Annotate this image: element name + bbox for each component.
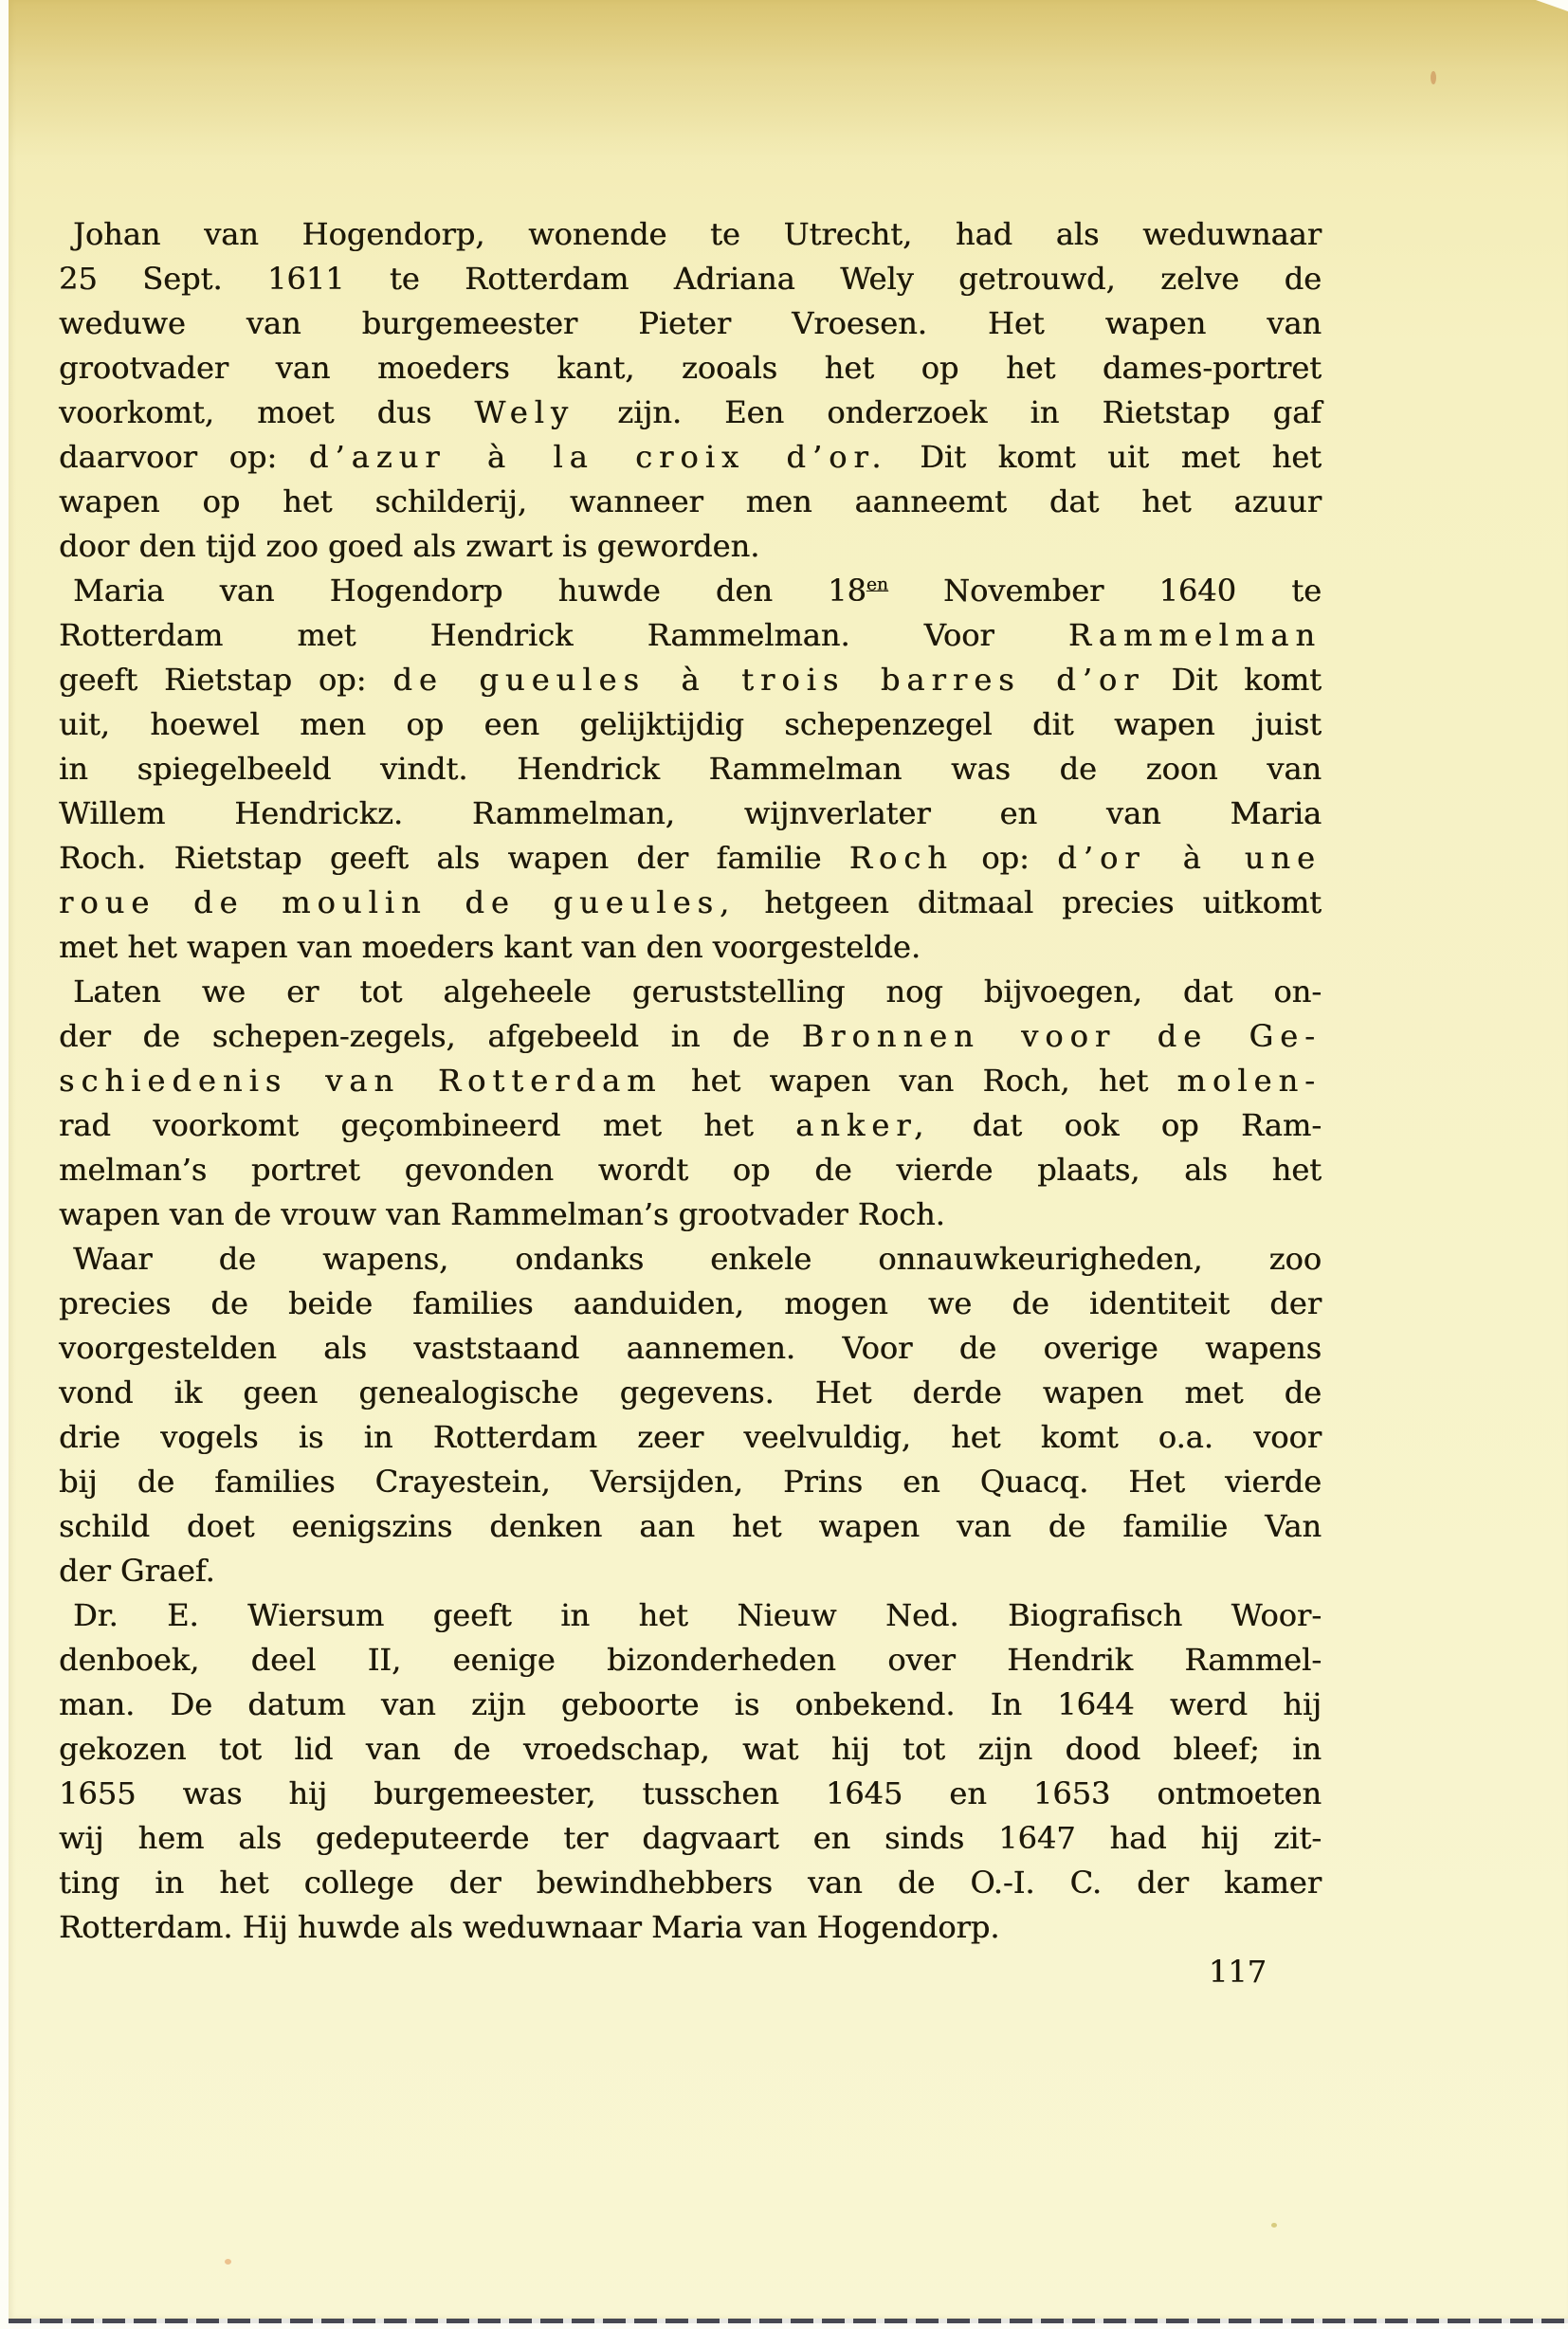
stain-speck xyxy=(1431,71,1436,84)
text-line: Roch. Rietstap geeft als wapen der famil… xyxy=(59,836,1322,881)
text-segment: November 1640 te xyxy=(888,573,1322,609)
paragraph: Maria van Hogendorp huwde den 18en Novem… xyxy=(59,569,1322,970)
text-line: bij de families Crayestein, Versijden, P… xyxy=(59,1460,1322,1504)
text-segment: bij de families Crayestein, Versijden, P… xyxy=(59,1464,1322,1500)
letterspaced-text: d’or à une xyxy=(1057,840,1322,876)
text-line: roue de moulin de gueules, hetgeen ditma… xyxy=(59,881,1322,925)
text-line: daarvoor op: d’azur à la croix d’or. Dit… xyxy=(59,435,1322,480)
text-segment: melman’s portret gevonden wordt op de vi… xyxy=(59,1152,1322,1188)
paragraph: Laten we er tot algeheele geruststelling… xyxy=(59,970,1322,1237)
text-segment: in spiegelbeeld vindt. Hendrick Rammelma… xyxy=(59,751,1322,787)
paragraph: Dr. E. Wiersum geeft in het Nieuw Ned. B… xyxy=(59,1593,1322,1950)
letterspaced-text: anker, xyxy=(795,1107,930,1143)
text-line: ting in het college der bewindhebbers va… xyxy=(59,1861,1322,1905)
text-segment: Willem Hendrickz. Rammelman, wijnverlate… xyxy=(59,795,1322,831)
text-segment: wij hem als gedeputeerde ter dagvaart en… xyxy=(59,1820,1322,1856)
text-segment: Dit komt uit met het xyxy=(887,439,1322,475)
text-segment: Roch. Rietstap geeft als wapen der famil… xyxy=(59,840,849,876)
page-corner-cut xyxy=(1536,0,1568,11)
text-line: schiedenis van Rotterdam het wapen van R… xyxy=(59,1059,1322,1103)
page-number: 117 xyxy=(59,1950,1322,1994)
text-segment: grootvader van moeders kant, zooals het … xyxy=(59,350,1322,386)
text-line: Johan van Hogendorp, wonende te Utrecht,… xyxy=(59,212,1322,257)
text-segment: het wapen van Roch, het xyxy=(663,1063,1177,1099)
text-segment: weduwe van burgemeester Pieter Vroesen. … xyxy=(59,305,1322,341)
text-segment: zijn. Een onderzoek in Rietstap gaf xyxy=(574,394,1322,430)
text-line: vond ik geen genealogische gegevens. Het… xyxy=(59,1371,1322,1415)
text-segment: gekozen tot lid van de vroedschap, wat h… xyxy=(59,1731,1322,1767)
text-line: met het wapen van moeders kant van den v… xyxy=(59,925,1322,970)
page-top-shadow xyxy=(9,0,1568,161)
superscript-text: en xyxy=(866,574,888,594)
letterspaced-text: d’azur à la croix d’or. xyxy=(309,439,888,475)
text-line: 1655 was hij burgemeester, tusschen 1645… xyxy=(59,1772,1322,1816)
text-line: in spiegelbeeld vindt. Hendrick Rammelma… xyxy=(59,747,1322,791)
text-segment: dat ook op Ram- xyxy=(930,1107,1322,1143)
text-line: Willem Hendrickz. Rammelman, wijnverlate… xyxy=(59,791,1322,836)
text-line: melman’s portret gevonden wordt op de vi… xyxy=(59,1148,1322,1192)
text-line: Maria van Hogendorp huwde den 18en Novem… xyxy=(59,569,1322,613)
stain-speck xyxy=(1271,2223,1277,2228)
text-line: uit, hoewel men op een gelijktijdig sche… xyxy=(59,702,1322,747)
text-segment: denboek, deel II, eenige bizonderheden o… xyxy=(59,1642,1322,1678)
text-segment: geeft Rietstap op: xyxy=(59,662,392,698)
text-line: weduwe van burgemeester Pieter Vroesen. … xyxy=(59,301,1322,346)
letterspaced-text: de gueules à trois barres d’or xyxy=(392,662,1144,698)
text-segment: wapen op het schilderij, wanneer men aan… xyxy=(59,483,1322,519)
text-segment: ting in het college der bewindhebbers va… xyxy=(59,1865,1322,1901)
stain-speck xyxy=(225,2259,231,2265)
text-segment: op: xyxy=(954,840,1057,876)
text-line: voorkomt, moet dus Wely zijn. Een onderz… xyxy=(59,391,1322,435)
text-segment: der Graef. xyxy=(59,1553,215,1589)
text-segment: Dit komt xyxy=(1145,662,1322,698)
text-line: 25 Sept. 1611 te Rotterdam Adriana Wely … xyxy=(59,257,1322,301)
text-block: Johan van Hogendorp, wonende te Utrecht,… xyxy=(59,212,1322,1994)
text-segment: wapen van de vrouw van Rammelman’s groot… xyxy=(59,1196,945,1232)
text-segment: Maria van Hogendorp huwde den 18 xyxy=(73,573,866,609)
text-line: der de schepen-zegels, afgebeeld in de B… xyxy=(59,1014,1322,1059)
text-segment: Johan van Hogendorp, wonende te Utrecht,… xyxy=(73,216,1322,252)
letterspaced-text: roue de moulin de gueules, xyxy=(59,884,736,920)
text-line: schild doet eenigszins denken aan het wa… xyxy=(59,1504,1322,1549)
text-segment: der de schepen-zegels, afgebeeld in de xyxy=(59,1018,802,1054)
text-line: Laten we er tot algeheele geruststelling… xyxy=(59,970,1322,1014)
letterspaced-text: Wely xyxy=(474,394,574,430)
text-segment: voorgestelden als vaststaand aannemen. V… xyxy=(59,1330,1322,1366)
text-segment: man. De datum van zijn geboorte is onbek… xyxy=(59,1686,1322,1722)
paragraph: Waar de wapens, ondanks enkele onnauwkeu… xyxy=(59,1237,1322,1593)
text-segment: Rotterdam met Hendrick Rammelman. Voor xyxy=(59,617,1068,653)
text-segment: Waar de wapens, ondanks enkele onnauwkeu… xyxy=(73,1241,1322,1277)
text-line: Dr. E. Wiersum geeft in het Nieuw Ned. B… xyxy=(59,1593,1322,1638)
text-line: wapen van de vrouw van Rammelman’s groot… xyxy=(59,1192,1322,1237)
text-segment: daarvoor op: xyxy=(59,439,309,475)
text-segment: met het wapen van moeders kant van den v… xyxy=(59,929,921,965)
text-segment: Rotterdam. Hij huwde als weduwnaar Maria… xyxy=(59,1909,999,1945)
text-line: rad voorkomt geçombineerd met het anker,… xyxy=(59,1103,1322,1148)
text-segment: precies de beide families aanduiden, mog… xyxy=(59,1285,1322,1321)
text-line: wapen op het schilderij, wanneer men aan… xyxy=(59,480,1322,524)
text-line: grootvader van moeders kant, zooals het … xyxy=(59,346,1322,391)
text-segment: door den tijd zoo goed als zwart is gewo… xyxy=(59,528,759,564)
scan-bottom-edge xyxy=(9,2319,1568,2323)
text-line: der Graef. xyxy=(59,1549,1322,1593)
text-segment: uit, hoewel men op een gelijktijdig sche… xyxy=(59,706,1322,742)
letterspaced-text: schiedenis van Rotterdam xyxy=(59,1063,663,1099)
text-line: voorgestelden als vaststaand aannemen. V… xyxy=(59,1326,1322,1371)
text-segment: 1655 was hij burgemeester, tusschen 1645… xyxy=(59,1775,1322,1811)
letterspaced-text: Bronnen voor de Ge- xyxy=(802,1018,1322,1054)
text-segment: Dr. E. Wiersum geeft in het Nieuw Ned. B… xyxy=(73,1597,1322,1633)
text-line: Rotterdam. Hij huwde als weduwnaar Maria… xyxy=(59,1905,1322,1950)
text-line: Rotterdam met Hendrick Rammelman. Voor R… xyxy=(59,613,1322,658)
text-segment: hetgeen ditmaal precies uitkomt xyxy=(736,884,1322,920)
letterspaced-text: molen- xyxy=(1177,1063,1322,1099)
text-line: gekozen tot lid van de vroedschap, wat h… xyxy=(59,1727,1322,1772)
text-line: denboek, deel II, eenige bizonderheden o… xyxy=(59,1638,1322,1683)
text-segment: rad voorkomt geçombineerd met het xyxy=(59,1107,795,1143)
text-line: precies de beide families aanduiden, mog… xyxy=(59,1282,1322,1326)
text-line: drie vogels is in Rotterdam zeer veelvul… xyxy=(59,1415,1322,1460)
letterspaced-text: Rammelman xyxy=(1068,617,1322,653)
text-segment: voorkomt, moet dus xyxy=(59,394,474,430)
text-line: Waar de wapens, ondanks enkele onnauwkeu… xyxy=(59,1237,1322,1282)
text-line: man. De datum van zijn geboorte is onbek… xyxy=(59,1683,1322,1727)
text-line: wij hem als gedeputeerde ter dagvaart en… xyxy=(59,1816,1322,1861)
text-line: door den tijd zoo goed als zwart is gewo… xyxy=(59,524,1322,569)
text-segment: drie vogels is in Rotterdam zeer veelvul… xyxy=(59,1419,1322,1455)
text-segment: schild doet eenigszins denken aan het wa… xyxy=(59,1508,1322,1544)
letterspaced-text: Roch xyxy=(849,840,954,876)
text-segment: 25 Sept. 1611 te Rotterdam Adriana Wely … xyxy=(59,261,1322,297)
paragraph: Johan van Hogendorp, wonende te Utrecht,… xyxy=(59,212,1322,569)
text-segment: vond ik geen genealogische gegevens. Het… xyxy=(59,1374,1322,1410)
text-segment: Laten we er tot algeheele geruststelling… xyxy=(73,973,1322,1010)
book-page: Johan van Hogendorp, wonende te Utrecht,… xyxy=(9,0,1568,2319)
text-line: geeft Rietstap op: de gueules à trois ba… xyxy=(59,658,1322,702)
